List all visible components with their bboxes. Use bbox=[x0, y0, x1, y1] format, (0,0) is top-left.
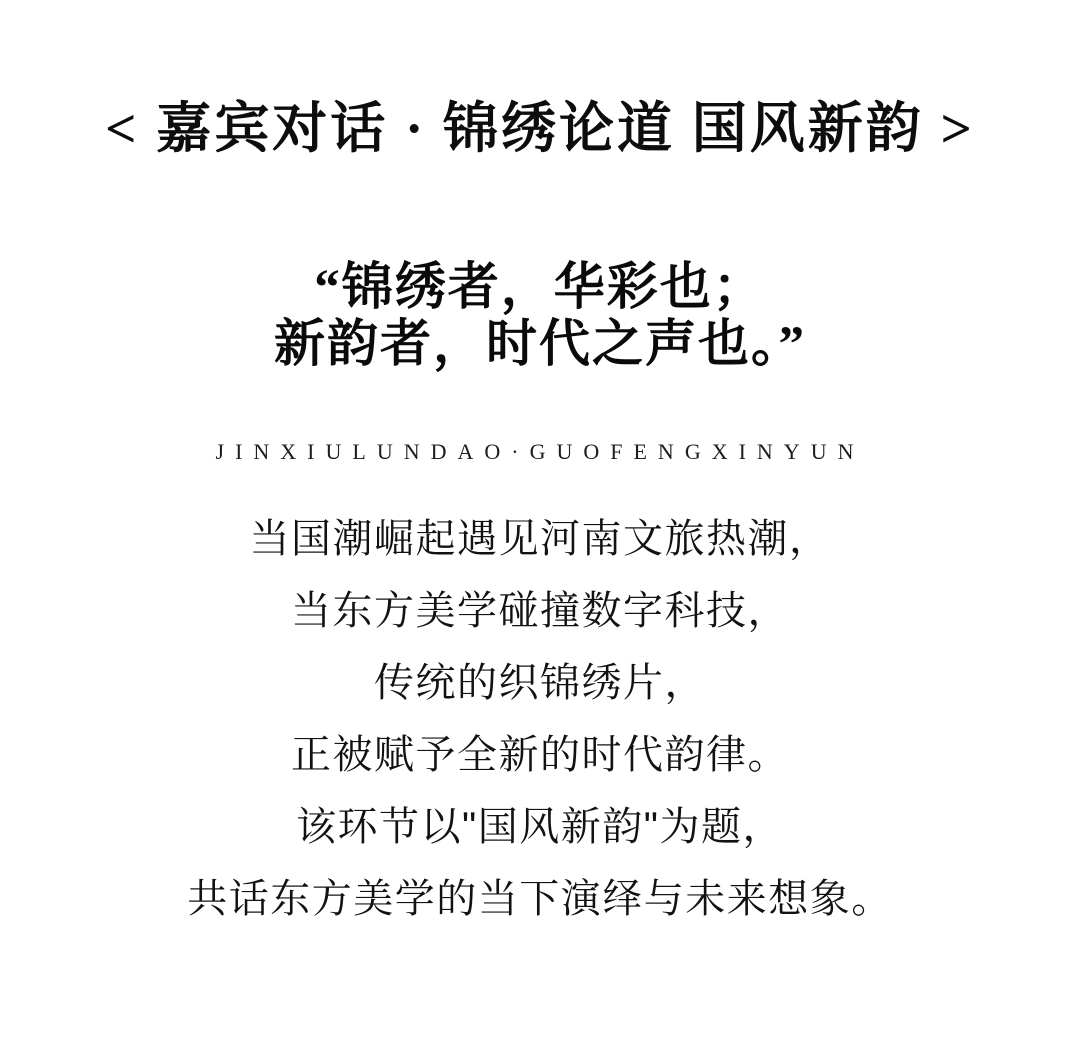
body-line: 该环节以"国风新韵"为题， bbox=[0, 791, 1080, 863]
body-line: 传统的织锦绣片， bbox=[0, 647, 1080, 719]
romanized-subtitle: JINXIULUNDAO·GUOFENGXINYUN bbox=[0, 439, 1080, 465]
quote-line-2: 新韵者，时代之声也。” bbox=[0, 317, 1080, 375]
quote-line-1: “锦绣者，华彩也； bbox=[0, 260, 1080, 318]
body-line: 当东方美学碰撞数字科技， bbox=[0, 575, 1080, 647]
body-line: 共话东方美学的当下演绎与未来想象。 bbox=[0, 863, 1080, 935]
quote-block: “锦绣者，华彩也； 新韵者，时代之声也。” bbox=[0, 260, 1080, 375]
body-line: 当国潮崛起遇见河南文旅热潮， bbox=[0, 503, 1080, 575]
body-paragraph: 当国潮崛起遇见河南文旅热潮， 当东方美学碰撞数字科技， 传统的织锦绣片， 正被赋… bbox=[0, 503, 1080, 935]
body-line: 正被赋予全新的时代韵律。 bbox=[0, 719, 1080, 791]
page-title: < 嘉宾对话 · 锦绣论道 国风新韵 > bbox=[0, 0, 1080, 158]
poster: < 嘉宾对话 · 锦绣论道 国风新韵 > “锦绣者，华彩也； 新韵者，时代之声也… bbox=[0, 0, 1080, 1055]
